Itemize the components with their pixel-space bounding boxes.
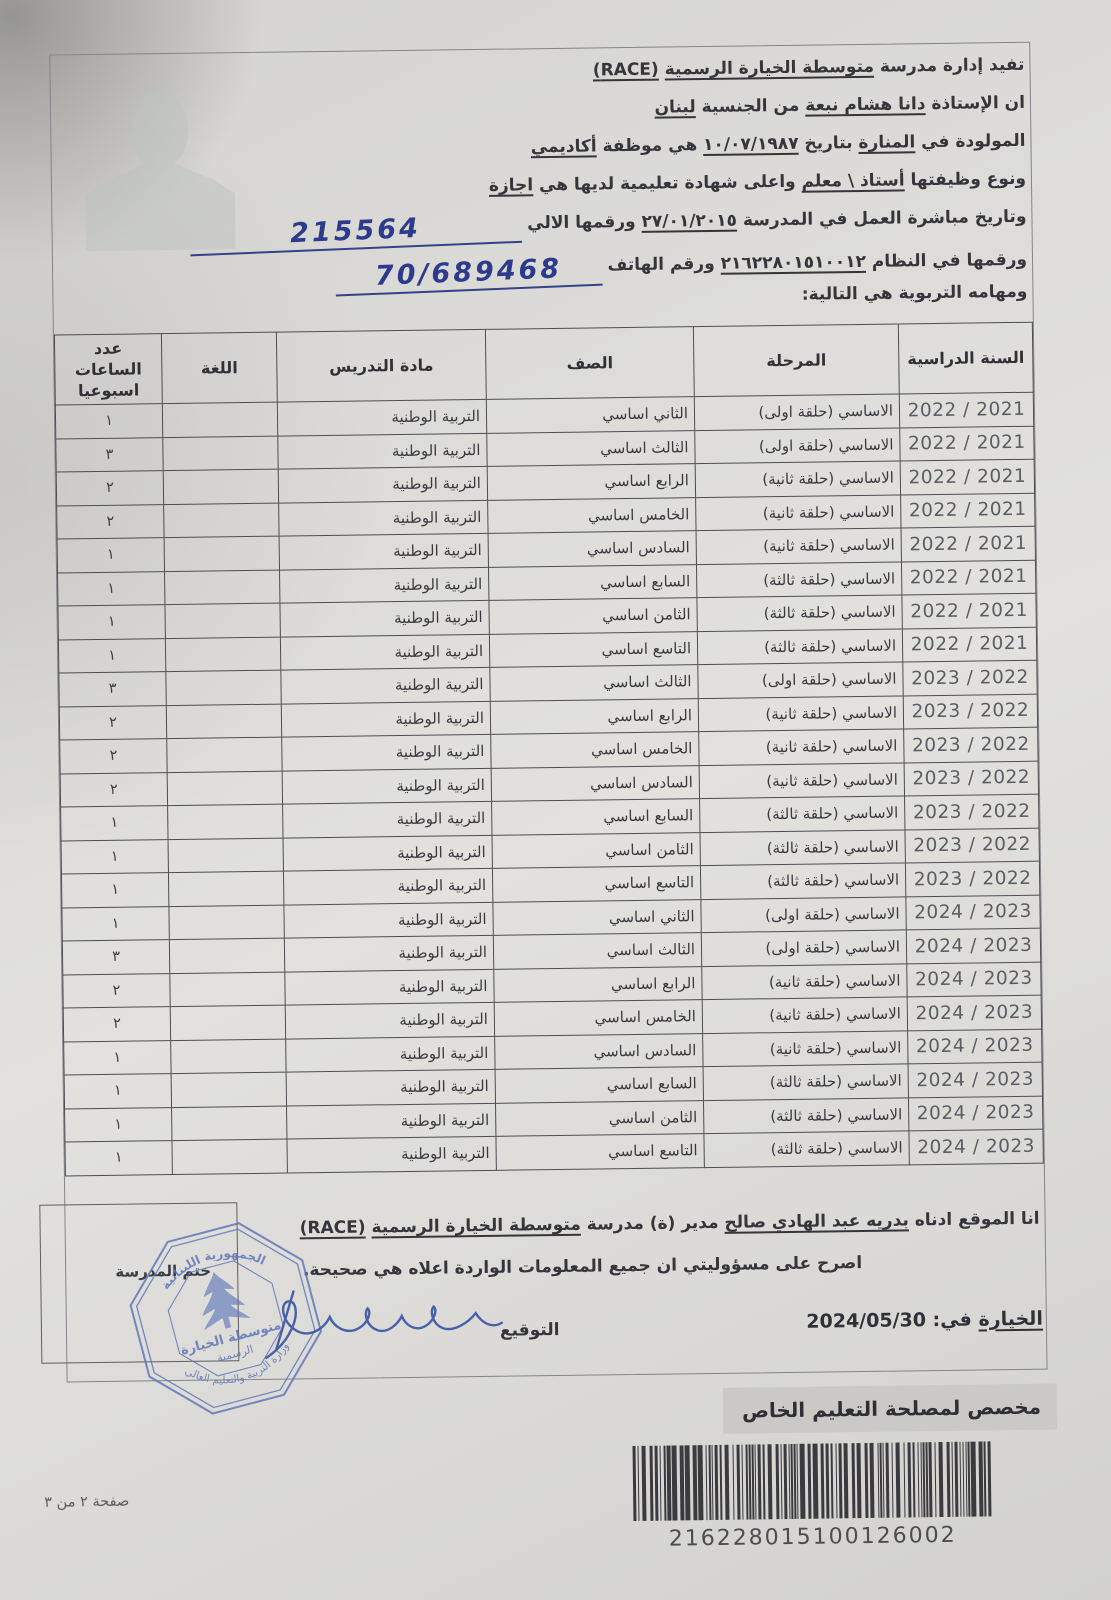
cell-hours: ٢ — [63, 1007, 170, 1042]
cell-stage: الاساسي (حلقة ثانية) — [703, 1030, 908, 1066]
cell-lang — [166, 704, 281, 739]
cell-subject: التربية الوطنية — [279, 533, 488, 569]
cell-stage: الاساسي (حلقة ثانية) — [698, 695, 903, 731]
declaration-block: انا الموقع ادناه بدريه عبد الهادي صالح م… — [279, 1198, 1040, 1292]
underlined-text: (RACE) — [593, 60, 659, 81]
cell-cls: الثاني اساسي — [486, 397, 694, 433]
underlined-text: متوسطة الخيارة الرسمية — [665, 57, 875, 80]
scanned-document-page: تفيد إدارة مدرسة متوسطة الخيارة الرسمية … — [0, 0, 1111, 1600]
underlined-text: متوسطة الخيارة الرسمية — [371, 1215, 581, 1238]
cell-year: 2022 / 2023 — [904, 761, 1038, 796]
cell-subject: التربية الوطنية — [285, 969, 494, 1005]
cell-lang — [168, 804, 283, 839]
cell-stage: الاساسي (حلقة ثالثة) — [700, 829, 905, 865]
cell-year: 2023 / 2024 — [909, 1129, 1043, 1164]
cell-year: 2022 / 2023 — [905, 861, 1039, 896]
text-segment: ورقمها الالي — [521, 212, 642, 234]
cell-subject: التربية الوطنية — [283, 835, 492, 871]
underlined-text: ٢٧/٠١/٢٠١٥ — [641, 211, 737, 232]
cell-subject: التربية الوطنية — [285, 1002, 494, 1038]
cell-year: 2021 / 2022 — [902, 627, 1036, 662]
assignments-table-body: 2021 / 2022الاساسي (حلقة اولى)الثاني اسا… — [55, 392, 1043, 1175]
purpose-note-strip: مخصص لمصلحة التعليم الخاص — [723, 1383, 1058, 1433]
cell-hours: ١ — [61, 873, 168, 908]
cell-cls: الثامن اساسي — [496, 1100, 704, 1136]
cell-subject: التربية الوطنية — [286, 1069, 495, 1105]
cell-year: 2023 / 2024 — [908, 1029, 1042, 1064]
cell-cls: الثامن اساسي — [492, 832, 700, 868]
cell-subject: التربية الوطنية — [279, 500, 488, 536]
underlined-text: ٢١٦٢٢٨٠١٥١٠٠١٢ — [721, 252, 867, 274]
text-segment: اصرح على مسؤوليتي ان جميع المعلومات الوا… — [303, 1253, 862, 1280]
cell-subject: التربية الوطنية — [283, 868, 492, 904]
text-segment: من الجنسية — [696, 96, 806, 117]
cell-lang — [168, 871, 283, 906]
text-segment: ان الإستاذة — [925, 93, 1025, 114]
purpose-note-text: مخصص لمصلحة التعليم الخاص — [723, 1383, 1058, 1433]
cell-hours: ١ — [64, 1074, 171, 1109]
cell-lang — [163, 436, 278, 471]
cell-hours: ١ — [62, 906, 169, 941]
cell-stage: الاساسي (حلقة ثالثة) — [704, 1131, 909, 1167]
underlined-text: لبنان — [654, 97, 695, 118]
cell-hours: ٣ — [56, 437, 163, 472]
cedar-icon — [190, 1266, 251, 1334]
cell-lang — [171, 1072, 286, 1107]
cell-lang — [171, 1039, 286, 1074]
cell-cls: الثالث اساسي — [490, 665, 698, 701]
cell-year: 2021 / 2022 — [901, 526, 1035, 561]
cell-lang — [166, 670, 281, 705]
cell-hours: ٢ — [56, 471, 163, 506]
cell-cls: السادس اساسي — [488, 531, 696, 567]
cell-lang — [165, 603, 280, 638]
cell-year: 2023 / 2024 — [907, 995, 1041, 1030]
col-school-year: السنة الدراسية — [898, 322, 1033, 394]
cell-subject: التربية الوطنية — [282, 734, 491, 770]
cell-stage: الاساسي (حلقة اولى) — [701, 896, 906, 932]
barcode-number: 216228015100126002 — [574, 1522, 1052, 1553]
cell-stage: الاساسي (حلقة ثانية) — [696, 494, 901, 530]
cell-hours: ١ — [65, 1141, 172, 1176]
col-class: الصف — [485, 327, 694, 400]
underlined-text: (RACE) — [300, 1218, 366, 1239]
cell-stage: الاساسي (حلقة ثانية) — [702, 997, 907, 1033]
cell-cls: التاسع اساسي — [496, 1134, 704, 1170]
cell-cls: الخامس اساسي — [488, 497, 696, 533]
cell-lang — [163, 469, 278, 504]
duties-intro-line: ومهامه التربوية هي التالية: — [802, 282, 1028, 305]
col-weekly-hours: عدد الساعات اسبوعيا — [54, 334, 162, 405]
cell-lang — [169, 905, 284, 940]
text-segment: ورقم الهاتف — [601, 254, 720, 276]
cell-subject: التربية الوطنية — [281, 701, 490, 737]
cell-cls: السابع اساسي — [492, 799, 700, 835]
cell-stage: الاساسي (حلقة ثالثة) — [697, 595, 902, 631]
cell-stage: الاساسي (حلقة ثالثة) — [697, 628, 902, 664]
cell-cls: السابع اساسي — [488, 564, 696, 600]
cell-lang — [165, 570, 280, 605]
cell-year: 2021 / 2022 — [901, 560, 1035, 595]
cell-year: 2022 / 2023 — [903, 694, 1037, 729]
form-sheet: تفيد إدارة مدرسة متوسطة الخيارة الرسمية … — [0, 0, 1111, 1600]
table-header-row: السنة الدراسية المرحلة الصف مادة التدريس… — [54, 322, 1033, 405]
cell-subject: التربية الوطنية — [278, 466, 487, 502]
cell-stage: الاساسي (حلقة ثانية) — [699, 762, 904, 798]
cell-lang — [164, 536, 279, 571]
text-segment: واعلى شهادة تعليمية لديها هي — [533, 172, 802, 196]
cell-subject: التربية الوطنية — [277, 399, 486, 435]
cell-cls: الثالث اساسي — [487, 430, 695, 466]
date-place: الخيارة — [978, 1308, 1043, 1331]
barcode — [573, 1441, 1052, 1522]
cell-stage: الاساسي (حلقة اولى) — [698, 662, 903, 698]
text-segment: هي موظفة — [596, 135, 703, 156]
text-segment: وتاريخ مباشرة العمل في المدرسة — [737, 207, 1027, 231]
text-segment: انا الموقع ادناه — [909, 1209, 1040, 1231]
cell-stage: الاساسي (حلقة ثانية) — [702, 963, 907, 999]
underlined-text: بدريه عبد الهادي صالح — [724, 1210, 909, 1232]
cell-hours: ١ — [58, 605, 165, 640]
cell-stage: الاساسي (حلقة ثالثة) — [696, 561, 901, 597]
cell-cls: الرابع اساسي — [494, 966, 702, 1002]
cell-cls: السابع اساسي — [495, 1067, 703, 1103]
cell-stage: الاساسي (حلقة ثانية) — [699, 729, 904, 765]
cell-cls: التاسع اساسي — [489, 631, 697, 667]
cell-hours: ٢ — [60, 739, 167, 774]
handwritten-signature — [259, 1279, 510, 1367]
cell-stage: الاساسي (حلقة ثانية) — [696, 528, 901, 564]
cell-year: 2023 / 2024 — [908, 1062, 1042, 1097]
cell-lang — [167, 737, 282, 772]
cell-hours: ٣ — [59, 672, 166, 707]
date-value: 2024/05/30 — [806, 1309, 926, 1333]
cell-hours: ١ — [58, 638, 165, 673]
cell-subject: التربية الوطنية — [287, 1136, 496, 1172]
cell-lang — [172, 1106, 287, 1141]
underlined-text: أستاذ \ معلم — [801, 170, 904, 191]
cell-year: 2022 / 2023 — [905, 794, 1039, 829]
cell-subject: التربية الوطنية — [280, 634, 489, 670]
cell-cls: الرابع اساسي — [490, 698, 698, 734]
cell-subject: التربية الوطنية — [281, 667, 490, 703]
col-subject: مادة التدريس — [276, 329, 486, 402]
text-segment: بتاريخ — [798, 133, 858, 154]
cell-cls: السادس اساسي — [495, 1033, 703, 1069]
cell-stage: الاساسي (حلقة اولى) — [695, 427, 900, 463]
cell-hours: ١ — [64, 1040, 171, 1075]
underlined-text: المنارة — [858, 132, 915, 153]
cell-lang — [162, 402, 277, 437]
cell-cls: التاسع اساسي — [492, 866, 700, 902]
cell-year: 2021 / 2022 — [900, 459, 1034, 494]
cell-hours: ١ — [65, 1107, 172, 1142]
cell-year: 2021 / 2022 — [902, 593, 1036, 628]
cell-subject: التربية الوطنية — [284, 902, 493, 938]
cell-hours: ١ — [58, 571, 165, 606]
cell-stage: الاساسي (حلقة ثالثة) — [700, 796, 905, 832]
cell-subject: التربية الوطنية — [286, 1036, 495, 1072]
cell-cls: الخامس اساسي — [494, 1000, 702, 1036]
cell-subject: التربية الوطنية — [287, 1103, 496, 1139]
cell-stage: الاساسي (حلقة ثالثة) — [703, 1064, 908, 1100]
teaching-assignments-table: السنة الدراسية المرحلة الصف مادة التدريس… — [54, 322, 1044, 1176]
cell-subject: التربية الوطنية — [278, 433, 487, 469]
cell-hours: ٢ — [60, 772, 167, 807]
cell-lang — [172, 1139, 287, 1174]
underlined-text: ١٠/٠٧/١٩٨٧ — [703, 134, 799, 155]
cell-stage: الاساسي (حلقة اولى) — [694, 394, 899, 430]
cell-cls: الثالث اساسي — [493, 933, 701, 969]
text-segment: ونوع وظيفتها — [904, 169, 1026, 191]
col-stage: المرحلة — [693, 324, 899, 397]
cell-subject: التربية الوطنية — [282, 768, 491, 804]
cell-year: 2023 / 2024 — [907, 962, 1041, 997]
cell-lang — [164, 503, 279, 538]
cell-cls: الثامن اساسي — [489, 598, 697, 634]
cell-subject: التربية الوطنية — [283, 801, 492, 837]
date-in-word: في: — [932, 1309, 972, 1332]
cell-stage: الاساسي (حلقة ثالثة) — [703, 1097, 908, 1133]
cell-hours: ١ — [55, 404, 162, 439]
signature-label: التوقيع — [500, 1320, 560, 1341]
date-line: الخيارة في: 2024/05/30 — [806, 1308, 1043, 1333]
cell-stage: الاساسي (حلقة ثالثة) — [700, 863, 905, 899]
cell-year: 2021 / 2022 — [900, 426, 1034, 461]
cell-lang — [167, 771, 282, 806]
cell-hours: ١ — [57, 538, 164, 573]
text-segment: ورقمها في النظام — [866, 250, 1027, 272]
cell-cls: الثاني اساسي — [493, 899, 701, 935]
cell-hours: ٢ — [57, 504, 164, 539]
cell-lang — [169, 938, 284, 973]
underlined-text: اجازة — [489, 175, 534, 196]
header-text-block: تفيد إدارة مدرسة متوسطة الخيارة الرسمية … — [74, 46, 1027, 296]
cell-subject: التربية الوطنية — [280, 567, 489, 603]
cell-subject: التربية الوطنية — [284, 935, 493, 971]
cell-subject: التربية الوطنية — [280, 600, 489, 636]
cell-year: 2023 / 2024 — [908, 1096, 1042, 1131]
cell-lang — [165, 637, 280, 672]
text-segment: مدير (ة) مدرسة — [581, 1213, 725, 1235]
cell-hours: ١ — [61, 839, 168, 874]
cell-hours: ٣ — [62, 940, 169, 975]
cell-lang — [168, 838, 283, 873]
cell-stage: الاساسي (حلقة ثانية) — [695, 461, 900, 497]
cell-hours: ٢ — [59, 705, 166, 740]
underlined-text: أكاديمي — [531, 136, 597, 157]
cell-year: 2023 / 2024 — [906, 895, 1040, 930]
text-segment: المولودة في — [915, 131, 1025, 152]
cell-year: 2023 / 2024 — [906, 928, 1040, 963]
cell-hours: ١ — [61, 806, 168, 841]
cell-year: 2022 / 2023 — [905, 828, 1039, 863]
cell-year: 2022 / 2023 — [903, 660, 1037, 695]
page-number: صفحة ٢ من ٣ — [44, 1494, 129, 1511]
col-language: اللغة — [161, 332, 277, 403]
cell-stage: الاساسي (حلقة اولى) — [701, 930, 906, 966]
cell-cls: السادس اساسي — [491, 765, 699, 801]
cell-year: 2021 / 2022 — [899, 392, 1033, 427]
underlined-text: دانا هشام نبعة — [805, 94, 926, 116]
cell-year: 2021 / 2022 — [901, 493, 1035, 528]
cell-cls: الخامس اساسي — [491, 732, 699, 768]
cell-lang — [170, 972, 285, 1007]
cell-hours: ٢ — [63, 973, 170, 1008]
cell-cls: الرابع اساسي — [487, 464, 695, 500]
text-segment: تفيد إدارة مدرسة — [874, 55, 1025, 77]
cell-lang — [170, 1005, 285, 1040]
cell-year: 2022 / 2023 — [904, 727, 1038, 762]
